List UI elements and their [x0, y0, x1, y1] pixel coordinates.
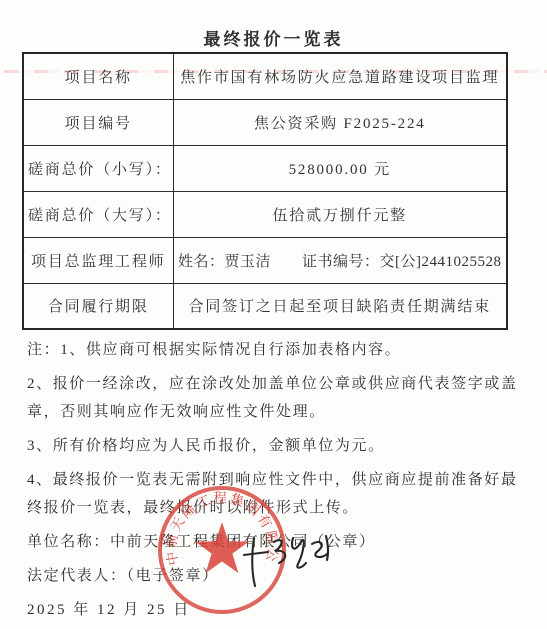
- table-row: 项目名称 焦作市国有林场防火应急道路建设项目监理: [23, 53, 507, 99]
- quotation-table: 项目名称 焦作市国有林场防火应急道路建设项目监理 项目编号 焦公资采购 F202…: [22, 52, 508, 330]
- note-line: 4、最终报价一览表无需附到响应性文件中，供应商应提前准备好最终报价一览表，最终报…: [27, 466, 526, 522]
- legal-representative-line: 法定代表人：（电子签章）: [27, 562, 526, 590]
- row-value: 焦作市国有林场防火应急道路建设项目监理: [173, 53, 507, 99]
- note-line: 2、报价一经涂改，应在涂改处加盖单位公章或供应商代表签字或盖章，否则其响应作无效…: [27, 370, 526, 426]
- notes-section: 注：1、供应商可根据实际情况自行添加表格内容。 2、报价一经涂改，应在涂改处加盖…: [27, 336, 526, 629]
- row-value: 焦公资采购 F2025-224: [173, 99, 507, 145]
- row-label: 项目名称: [23, 53, 173, 99]
- scanned-document-page: 最终报价一览表 项目名称 焦作市国有林场防火应急道路建设项目监理 项目编号 焦公…: [0, 0, 547, 629]
- note-line: 3、所有价格均应为人民币报价，金额单位为元。: [27, 432, 526, 460]
- table-row: 项目总监理工程师 姓名：贾玉洁 证书编号：交[公]2441025528: [23, 237, 507, 283]
- company-name-line: 单位名称：中前天隆工程集团有限公司（公章）: [27, 528, 526, 556]
- table-row: 磋商总价（大写）： 伍拾贰万捌仟元整: [23, 191, 507, 237]
- table-row: 项目编号 焦公资采购 F2025-224: [23, 99, 507, 145]
- row-label: 合同履行期限: [23, 283, 173, 329]
- row-label: 磋商总价（小写）：: [23, 145, 173, 191]
- row-value: 伍拾贰万捌仟元整: [173, 191, 507, 237]
- note-line: 注：1、供应商可根据实际情况自行添加表格内容。: [27, 336, 526, 364]
- table-row: 合同履行期限 合同签订之日起至项目缺陷责任期满结束: [23, 283, 507, 329]
- row-label: 项目总监理工程师: [23, 237, 173, 283]
- row-value: 528000.00 元: [173, 145, 507, 191]
- row-value: 合同签订之日起至项目缺陷责任期满结束: [173, 283, 507, 329]
- date-line: 2025 年 12 月 25 日: [27, 596, 526, 624]
- row-label: 项目编号: [23, 99, 173, 145]
- page-title: 最终报价一览表: [0, 25, 547, 50]
- table-row: 磋商总价（小写）： 528000.00 元: [23, 145, 507, 191]
- row-label: 磋商总价（大写）：: [23, 191, 173, 237]
- row-value: 姓名：贾玉洁 证书编号：交[公]2441025528: [173, 237, 507, 283]
